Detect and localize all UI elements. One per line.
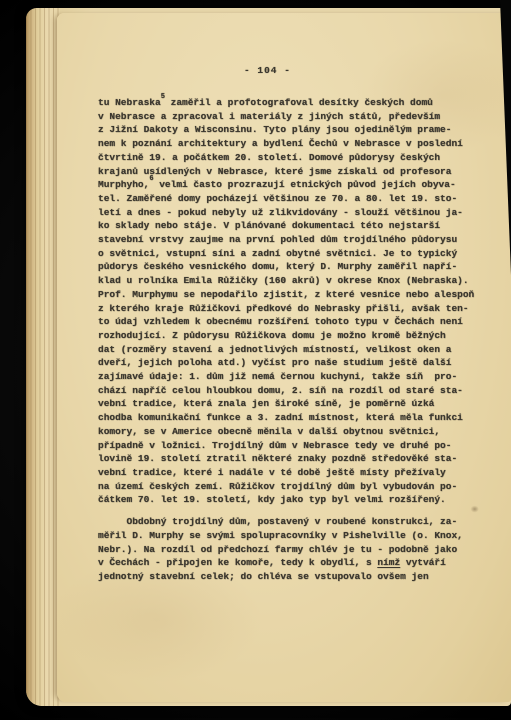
text-line: Obdobný trojdílný dům, postavený v roube…: [98, 515, 480, 529]
text-line: zajímavé údaje: 1. dům již nemá černou k…: [98, 370, 480, 384]
text-line: v Čechách - připojen ke komoře, tedy k o…: [98, 556, 480, 570]
text-segment: zaměřil a profotografoval desítky českýc…: [165, 97, 433, 108]
text-line: stavební vrstvy zaujme na první pohled d…: [98, 233, 480, 247]
text-line: chodba komunikační funkce a 3. zadní mís…: [98, 411, 480, 425]
text-line: tu Nebraska5 zaměřil a profotografoval d…: [98, 96, 480, 110]
scanned-book-photo: - 104 - tu Nebraska5 zaměřil a profotogr…: [0, 0, 511, 720]
text-line: z Jižní Dakoty a Wisconsinu. Tyto plány …: [98, 123, 480, 137]
text-line: případně v ložnici. Trojdílný dům v Nebr…: [98, 439, 480, 453]
text-line: dat (rozměry stavení a jednotlivých míst…: [98, 343, 480, 357]
text-line: dveří, jejich poloha atd.) vyčíst pro na…: [98, 356, 480, 370]
text-segment: tu Nebraska: [98, 97, 161, 108]
top-right-corner-shadow: [500, 0, 511, 275]
text-line: z kterého kraje Růžičkovi předkové do Ne…: [98, 302, 480, 316]
text-segment: velmi často prozrazují etnických původ j…: [154, 179, 456, 190]
page-number: - 104 -: [244, 65, 291, 77]
text-line: o světnici, vstupní síni a zadní obytné …: [98, 247, 480, 261]
text-line: měřil D. Murphy se svými spolupracovníky…: [98, 529, 480, 543]
text-line: v Nebrasce a zpracoval i materiály z jin…: [98, 110, 480, 124]
text-lines: tu Nebraska5 zaměřil a profotografoval d…: [98, 96, 480, 584]
paragraph-1: tu Nebraska5 zaměřil a profotografoval d…: [98, 96, 480, 507]
text-line: vební tradice, která znala jen široké sí…: [98, 397, 480, 411]
text-segment: v Čechách - připojen ke komoře, tedy k o…: [98, 557, 377, 568]
page-edge-stack: [26, 8, 60, 706]
text-line: čtvrtině 19. a počátkem 20. století. Dom…: [98, 151, 480, 165]
text-line: krajanů usídlených v Nebrasce, které jsm…: [98, 165, 480, 179]
text-line: komory, se v Americe obecně měnila v dal…: [98, 425, 480, 439]
footnote-ref-5: 5: [161, 93, 165, 101]
text-line: jednotný stavební celek; do chléva se vs…: [98, 570, 480, 584]
text-line: čátkem 70. let 19. století, kdy jako typ…: [98, 493, 480, 507]
text-line: Prof. Murphymu se nepodařilo zjistit, z …: [98, 288, 480, 302]
text-line: tel. Zaměřené domy pocházejí většinou ze…: [98, 192, 480, 206]
underlined-word: nímž: [377, 557, 400, 568]
text-line: Murphyho,6 velmi často prozrazují etnick…: [98, 178, 480, 192]
text-line: půdorys českého vesnického domu, který D…: [98, 260, 480, 274]
text-line: letí a dnes - pokud nebyly už zlikvidová…: [98, 206, 480, 220]
text-line: nem k poznání architektury a bydlení Čec…: [98, 137, 480, 151]
book-page: - 104 - tu Nebraska5 zaměřil a profotogr…: [26, 8, 511, 706]
text-line: na území českých zemí. Růžičkov trojdíln…: [98, 480, 480, 494]
text-line: vební tradice, které i nadále v té době …: [98, 466, 480, 480]
text-segment: Murphyho,: [98, 179, 149, 190]
text-line: lovině 19. století ztratil některé znaky…: [98, 452, 480, 466]
text-line: chází napříč celou hloubkou domu, 2. síň…: [98, 384, 480, 398]
text-line: rozhodující. Z půdorysu Růžičkova domu j…: [98, 329, 480, 343]
footnote-ref-6: 6: [149, 175, 153, 183]
text-line: Nebr.). Na rozdíl od předchozí farmy chl…: [98, 543, 480, 557]
text-segment: vytváří: [400, 557, 446, 568]
paragraph-2: Obdobný trojdílný dům, postavený v roube…: [98, 515, 480, 584]
text-line: to údaj vzhledem k obecnému rozšíření to…: [98, 315, 480, 329]
text-line: klad u rolníka Emila Růžičky (160 akrů) …: [98, 274, 480, 288]
text-line: ko sklady nebo stáje. V plánóvané dokume…: [98, 219, 480, 233]
